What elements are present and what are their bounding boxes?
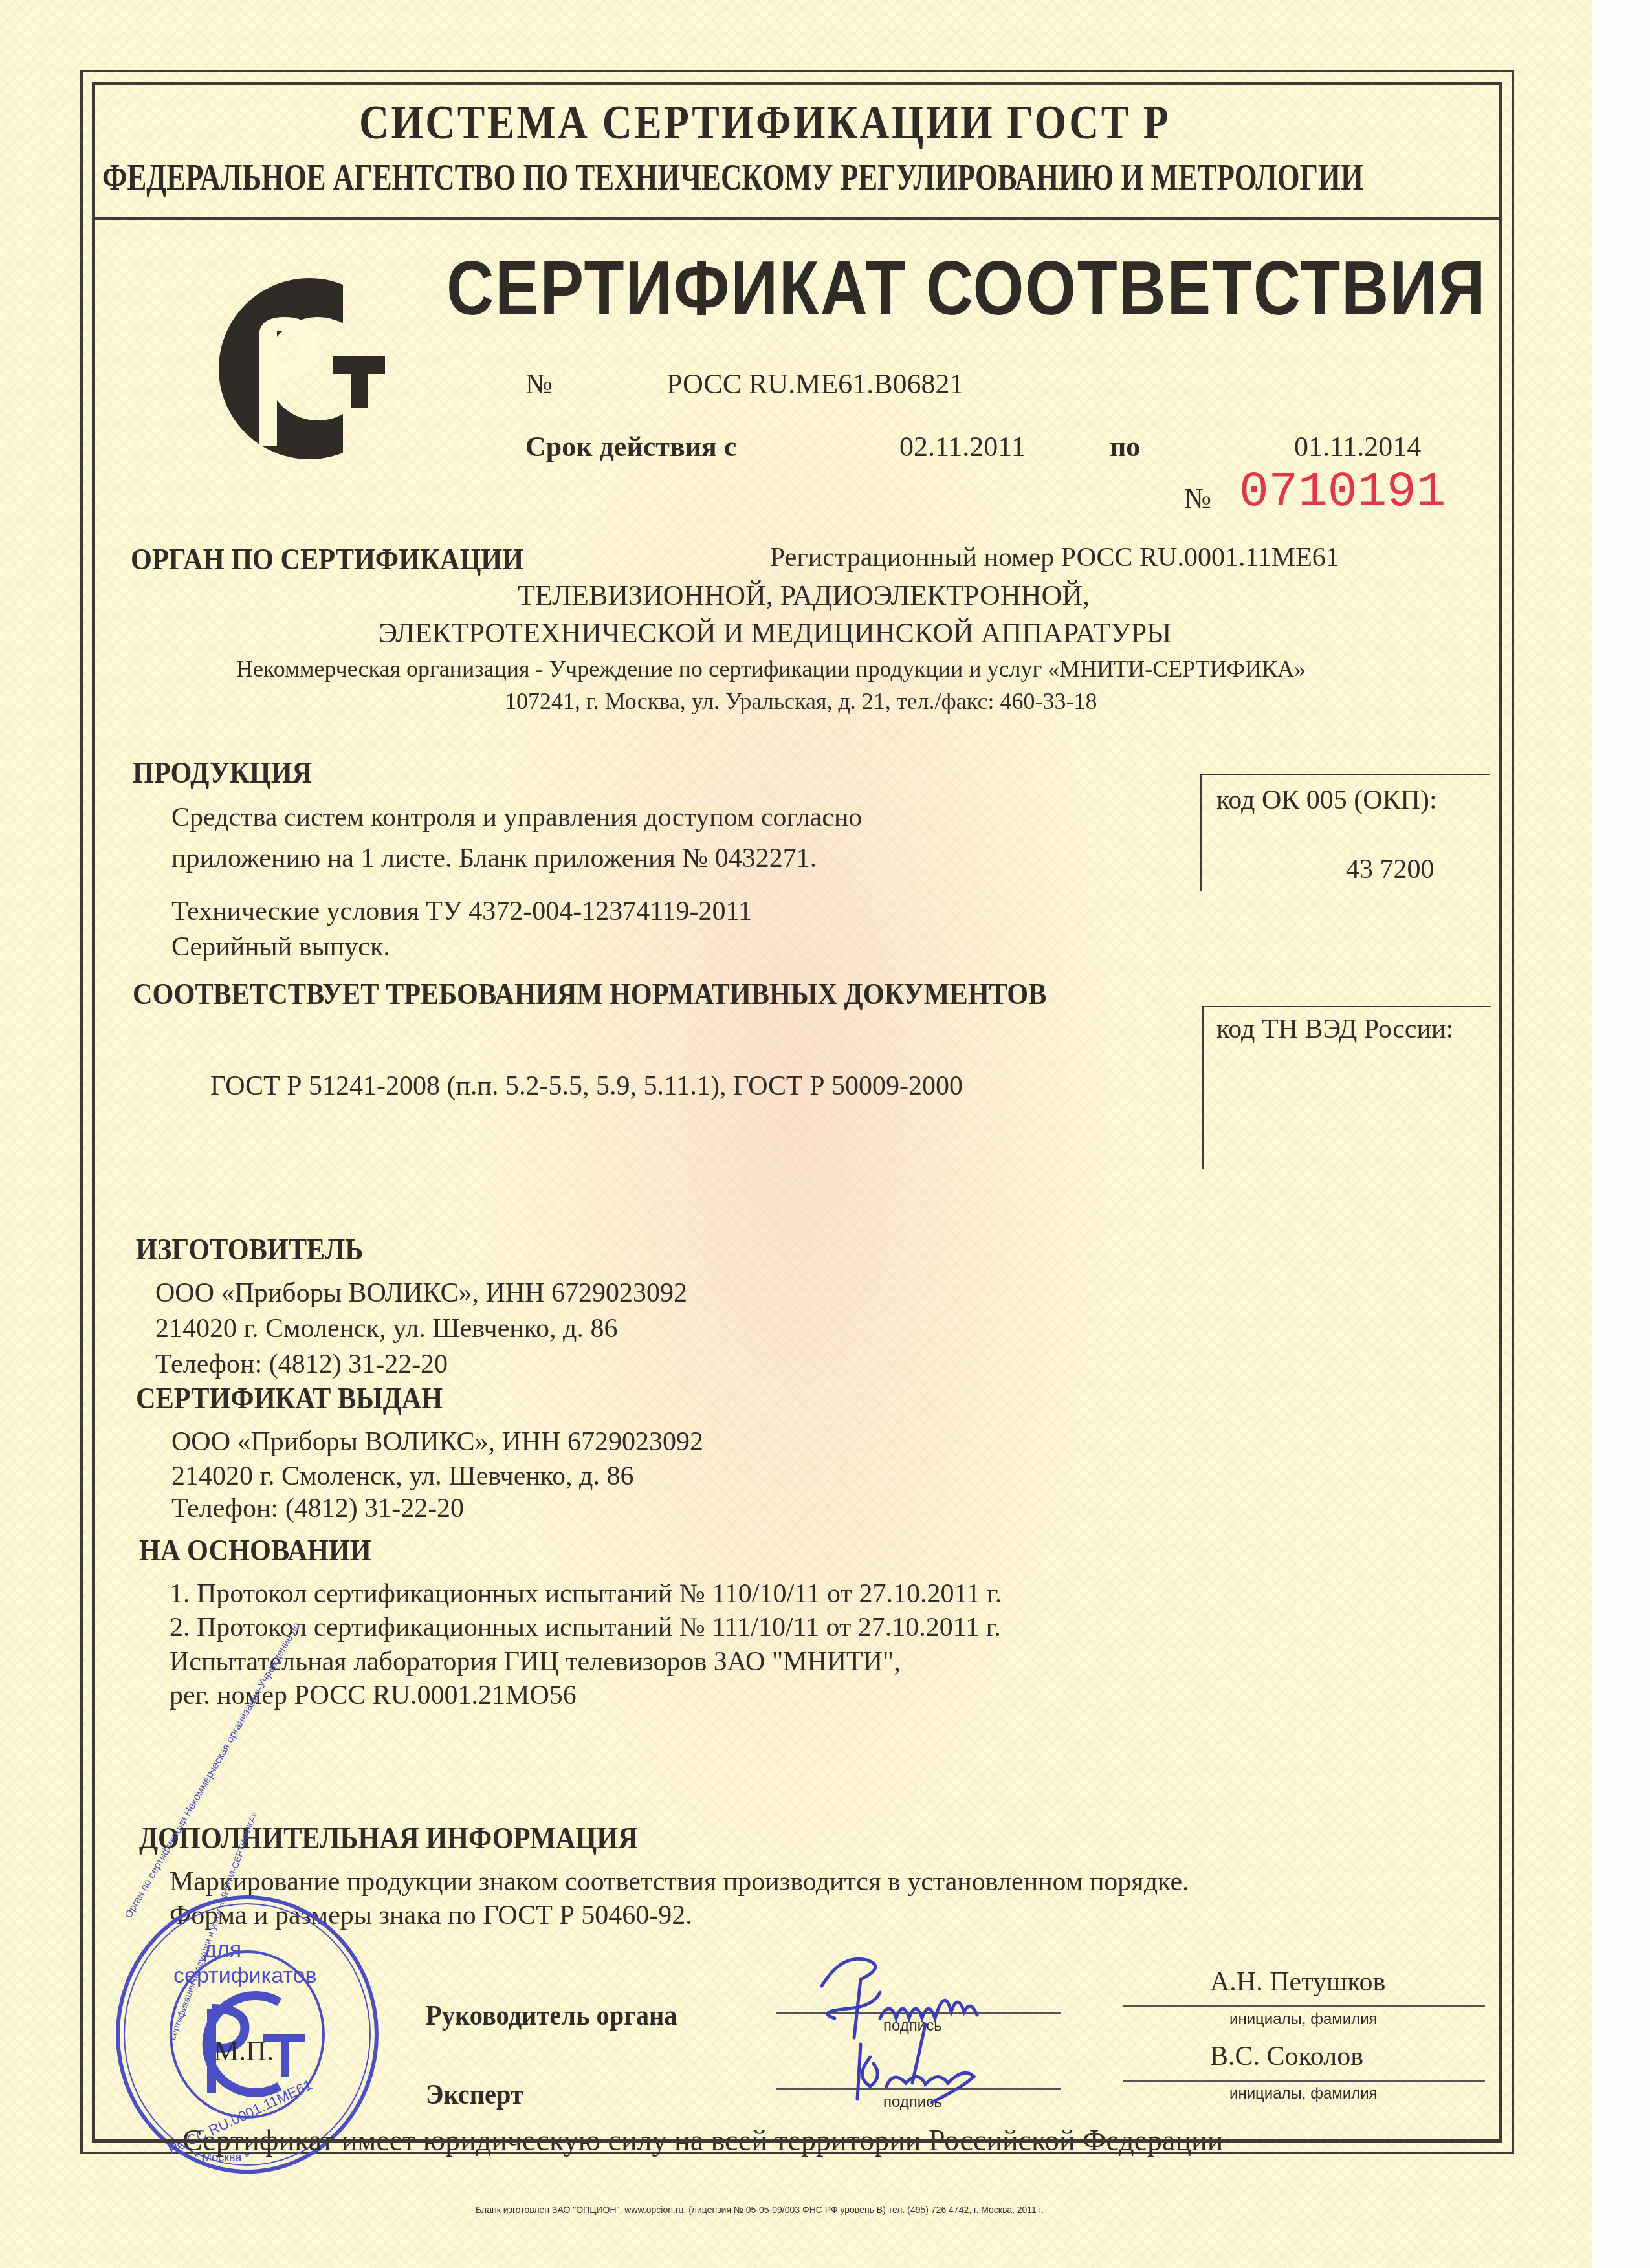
- body-name-line2: ЭЛЕКТРОТЕХНИЧЕСКОЙ И МЕДИЦИНСКОЙ АППАРАТ…: [379, 616, 1171, 649]
- footer-divider: [92, 2139, 1502, 2143]
- body-address: 107241, г. Москва, ул. Уральская, д. 21,…: [505, 688, 1097, 715]
- basis-heading: НА ОСНОВАНИИ: [139, 1533, 371, 1567]
- head-name: А.Н. Петушков: [1210, 1967, 1385, 1998]
- tnved-label: код ТН ВЭД России:: [1216, 1014, 1453, 1045]
- validity-label: Срок действия с: [525, 430, 736, 463]
- body-org-line: Некоммерческая организация - Учреждение …: [236, 655, 1306, 682]
- product-line4: Серийный выпуск.: [171, 932, 390, 963]
- issued-to-heading: СЕРТИФИКАТ ВЫДАН: [136, 1381, 443, 1415]
- number-sign: №: [525, 367, 553, 400]
- scan-margin: [1592, 0, 1650, 2268]
- certificate-number: РОСС RU.МЕ61.В06821: [666, 367, 964, 400]
- head-name-caption: инициалы, фамилия: [1229, 2011, 1378, 2029]
- manufacturer-heading: ИЗГОТОВИТЕЛЬ: [136, 1232, 363, 1267]
- expert-name: В.С. Соколов: [1210, 2041, 1363, 2072]
- head-name-line: [1123, 2005, 1485, 2007]
- certification-body-heading: ОРГАН ПО СЕРТИФИКАЦИИ: [131, 542, 523, 576]
- body-name-line1: ТЕЛЕВИЗИОННОЙ, РАДИОЭЛЕКТРОННОЙ,: [518, 579, 1090, 612]
- valid-to: 01.11.2014: [1294, 430, 1421, 463]
- stamp-mp: М.П.: [214, 2034, 274, 2067]
- form-number-sign: №: [1184, 482, 1211, 515]
- manufacturer-line1: ООО «Приборы ВОЛИКС», ИНН 6729023092: [155, 1278, 687, 1309]
- basis-item-1: 1. Протокол сертификационных испытаний №…: [170, 1578, 1002, 1609]
- rst-logo-icon: [194, 259, 414, 479]
- certificate-title: СЕРТИФИКАТ СООТВЕТСТВИЯ: [446, 245, 1486, 333]
- okp-value: 43 7200: [1346, 854, 1435, 885]
- agency-name: ФЕДЕРАЛЬНОЕ АГЕНТСТВО ПО ТЕХНИЧЕСКОМУ РЕ…: [102, 157, 1363, 199]
- product-line1: Средства систем контроля и управления до…: [171, 802, 862, 833]
- conformity-standards: ГОСТ Р 51241-2008 (п.п. 5.2-5.5, 5.9, 5.…: [210, 1071, 963, 1102]
- okp-label: код ОК 005 (ОКП):: [1216, 785, 1437, 816]
- header-divider: [92, 217, 1502, 220]
- system-title: СИСТЕМА СЕРТИФИКАЦИИ ГОСТ Р: [359, 96, 1171, 151]
- product-heading: ПРОДУКЦИЯ: [133, 756, 312, 790]
- issued-to-line1: ООО «Приборы ВОЛИКС», ИНН 6729023092: [171, 1426, 703, 1457]
- manufacturer-line2: 214020 г. Смоленск, ул. Шевченко, д. 86: [155, 1313, 617, 1344]
- expert-label: Эксперт: [426, 2078, 523, 2111]
- product-line3: Технические условия ТУ 4372-004-12374119…: [171, 896, 752, 927]
- printer-note: Бланк изготовлен ЗАО "ОПЦИОН", www.opcio…: [476, 2205, 1044, 2215]
- issued-to-line3: Телефон: (4812) 31-22-20: [171, 1493, 464, 1524]
- registration-number: Регистрационный номер РОСС RU.0001.11МЕ6…: [770, 542, 1339, 573]
- additional-heading: ДОПОЛНИТЕЛЬНАЯ ИНФОРМАЦИЯ: [139, 1821, 638, 1855]
- head-label: Руководитель органа: [426, 1999, 677, 2032]
- expert-name-caption: инициалы, фамилия: [1229, 2085, 1378, 2103]
- form-number: 0710191: [1239, 464, 1446, 520]
- conformity-heading: СООТВЕТСТВУЕТ ТРЕБОВАНИЯМ НОРМАТИВНЫХ ДО…: [133, 977, 1046, 1011]
- basis-lab-line2: рег. номер РОСС RU.0001.21МО56: [170, 1680, 577, 1711]
- expert-name-line: [1123, 2080, 1485, 2082]
- product-line2: приложению на 1 листе. Бланк приложения …: [171, 843, 817, 874]
- manufacturer-line3: Телефон: (4812) 31-22-20: [155, 1349, 448, 1380]
- valid-to-label: по: [1110, 430, 1140, 463]
- valid-from: 02.11.2011: [899, 430, 1026, 463]
- issued-to-line2: 214020 г. Смоленск, ул. Шевченко, д. 86: [171, 1461, 633, 1492]
- expert-signature-icon: [835, 2038, 1003, 2112]
